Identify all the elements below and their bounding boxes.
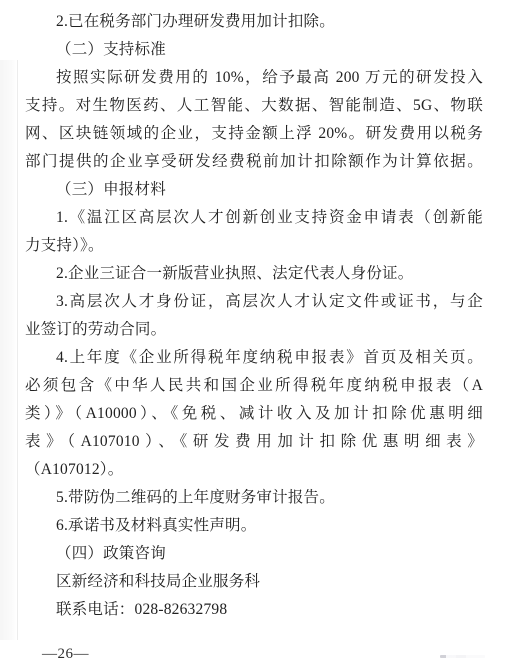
document-line: 2.已在税务部门办理研发费用加计扣除。 [25,8,483,36]
scan-smudge-artifact [440,655,485,658]
document-line: 按照实际研发费用的 10%，给予最高 200 万元的研发投入 [25,64,483,92]
document-line: 2.企业三证合一新版营业执照、法定代表人身份证。 [25,260,483,288]
document-line: （A107012）。 [25,456,483,484]
document-line: （四）政策咨询 [25,540,483,568]
document-line: 类）》（A10000）、《免税、减计收入及加计扣除优惠明细 [25,400,483,428]
document-line: 1.《温江区高层次人才创新创业支持资金申请表（创新能 [25,204,483,232]
document-line: （二）支持标准 [25,36,483,64]
document-line: 6.承诺书及材料真实性声明。 [25,512,483,540]
document-line: 部门提供的企业享受研发经费税前加计扣除额作为计算依据。 [25,148,483,176]
document-line: 3.高层次人才身份证，高层次人才认定文件或证书，与企 [25,288,483,316]
document-line: 必须包含《中华人民共和国企业所得税年度纳税申报表（A [25,372,483,400]
document-line: 网、区块链领域的企业，支持金额上浮 20%。研发费用以税务 [25,120,483,148]
document-page: 2.已在税务部门办理研发费用加计扣除。（二）支持标准按照实际研发费用的 10%，… [0,0,508,670]
document-line: 力支持）》。 [25,232,483,260]
document-line: 5.带防伪二维码的上年度财务审计报告。 [25,484,483,512]
document-line: （三）申报材料 [25,176,483,204]
document-body: 2.已在税务部门办理研发费用加计扣除。（二）支持标准按照实际研发费用的 10%，… [25,8,483,624]
document-line: 表》（A107010）、《研发费用加计扣除优惠明细表》 [25,428,483,456]
document-line: 联系电话：028-82632798 [25,596,483,624]
page-number: —26— [42,644,89,664]
document-line: 区新经济和科技局企业服务科 [25,568,483,596]
document-line: 4.上年度《企业所得税年度纳税申报表》首页及相关页。 [25,344,483,372]
document-line: 支持。对生物医药、人工智能、大数据、智能制造、5G、物联 [25,92,483,120]
document-line: 业签订的劳动合同。 [25,316,483,344]
scan-edge-artifact [0,60,18,640]
